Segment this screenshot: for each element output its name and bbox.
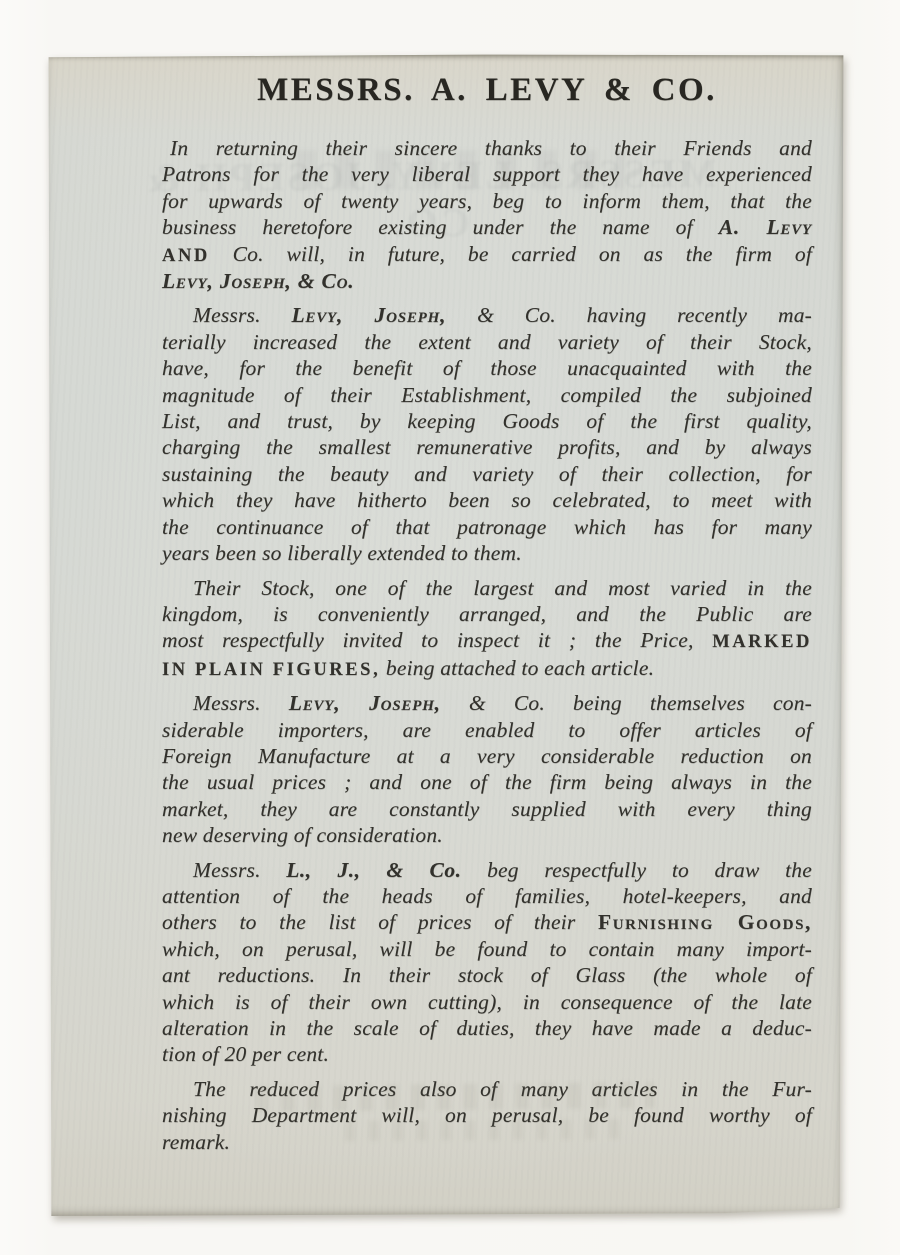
text-line: years been so liberally extended to them… xyxy=(162,540,812,566)
paragraph: Their Stock, one of the largest and most… xyxy=(162,575,812,683)
text-line: List, and trust, by keeping Goods of the… xyxy=(162,408,812,434)
printed-content: MESSRS. A. LEVY & CO. In returning their… xyxy=(162,54,812,1155)
text-line: market, they are constantly supplied wit… xyxy=(162,796,812,822)
text-line: business heretofore existing under the n… xyxy=(162,214,812,240)
text-segment: tion of 20 per cent. xyxy=(162,1042,329,1066)
paragraph: Messrs. L., J., & Co. beg respectfully t… xyxy=(162,857,812,1068)
text-segment: The reduced prices also of many articles… xyxy=(193,1077,812,1101)
text-segment: business heretofore existing under the n… xyxy=(162,215,719,239)
text-line: which, on perusal, will be found to cont… xyxy=(162,936,812,962)
text-segment: attention of the heads of families, hote… xyxy=(162,884,812,908)
text-segment: Foreign Manufacture at a very considerab… xyxy=(162,744,812,768)
text-segment: Messrs. xyxy=(193,858,286,882)
text-line: AND Co. will, in future, be carried on a… xyxy=(162,241,812,268)
text-segment: nishing Department will, on perusal, be … xyxy=(162,1103,812,1127)
text-line: Patrons for the very liberal support the… xyxy=(162,161,812,187)
text-line: terially increased the extent and variet… xyxy=(162,329,812,355)
text-segment: have, for the benefit of those unacquain… xyxy=(162,356,812,380)
text-segment: Patrons for the very liberal support the… xyxy=(162,162,812,186)
text-line: nishing Department will, on perusal, be … xyxy=(162,1102,812,1128)
text-line: Messrs. Levy, Joseph, & Co. being themse… xyxy=(162,690,812,716)
text-line: Messrs. Levy, Joseph, & Co. having recen… xyxy=(162,302,812,328)
text-segment: which, on perusal, will be found to cont… xyxy=(162,937,812,961)
text-line: The reduced prices also of many articles… xyxy=(162,1076,812,1102)
document-body: In returning their sincere thanks to the… xyxy=(162,135,812,1155)
text-segment: Levy, Joseph, xyxy=(289,691,441,715)
text-line: charging the smallest remunerative profi… xyxy=(162,434,812,460)
text-line: sustaining the beauty and variety of the… xyxy=(162,461,812,487)
text-line: which they have hitherto been so celebra… xyxy=(162,487,812,513)
text-line: IN PLAIN FIGURES, being attached to each… xyxy=(162,655,812,682)
text-segment: kingdom, is conveniently arranged, and t… xyxy=(162,602,812,626)
text-line: magnitude of their Establishment, compil… xyxy=(162,382,812,408)
text-line: the continuance of that patronage which … xyxy=(162,514,812,540)
text-line: In returning their sincere thanks to the… xyxy=(162,135,812,161)
text-segment: ant reductions. In their stock of Glass … xyxy=(162,963,812,987)
text-segment: alteration in the scale of duties, they … xyxy=(162,1016,812,1040)
text-segment: others to the list of prices of their xyxy=(162,910,598,934)
text-segment: years been so liberally extended to them… xyxy=(162,541,522,565)
text-line: siderable importers, are enabled to offe… xyxy=(162,717,812,743)
text-segment: which is of their own cutting), in conse… xyxy=(162,990,812,1014)
text-line: Messrs. L., J., & Co. beg respectfully t… xyxy=(162,857,812,883)
paragraph: Messrs. Levy, Joseph, & Co. having recen… xyxy=(162,302,812,566)
text-segment: & Co. having recently ma- xyxy=(446,303,812,327)
text-segment: Messrs. xyxy=(193,303,291,327)
text-segment: for upwards of twenty years, beg to info… xyxy=(162,189,812,213)
text-line: ant reductions. In their stock of Glass … xyxy=(162,962,812,988)
text-segment: most respectfully invited to inspect it … xyxy=(162,628,712,652)
text-segment: MARKED xyxy=(712,631,812,651)
text-segment: beg respectfully to draw the xyxy=(462,858,812,882)
text-segment: Furnishing Goods, xyxy=(598,910,812,934)
text-segment: market, they are constantly supplied wit… xyxy=(162,797,812,821)
paper-sheet: MESSRS. LEVY, JOSEPH & CO. MESSRS. A. LE… xyxy=(45,54,844,1216)
text-line: others to the list of prices of their Fu… xyxy=(162,909,812,935)
text-line: tion of 20 per cent. xyxy=(162,1041,812,1067)
text-segment: sustaining the beauty and variety of the… xyxy=(162,462,812,486)
text-line: most respectfully invited to inspect it … xyxy=(162,627,812,654)
text-line: kingdom, is conveniently arranged, and t… xyxy=(162,601,812,627)
text-segment: magnitude of their Establishment, compil… xyxy=(162,383,812,407)
paragraph: The reduced prices also of many articles… xyxy=(162,1076,812,1155)
text-segment: Messrs. xyxy=(193,691,289,715)
text-line: Their Stock, one of the largest and most… xyxy=(162,575,812,601)
scan-background: MESSRS. LEVY, JOSEPH & CO. MESSRS. A. LE… xyxy=(0,0,900,1255)
text-segment: A. Levy xyxy=(719,215,812,239)
paragraph: Messrs. Levy, Joseph, & Co. being themse… xyxy=(162,690,812,848)
text-segment: terially increased the extent and variet… xyxy=(162,330,812,354)
text-segment: which they have hitherto been so celebra… xyxy=(162,488,812,512)
paper-shadow-wrap: MESSRS. LEVY, JOSEPH & CO. MESSRS. A. LE… xyxy=(0,0,900,1255)
text-segment: L., J., & Co. xyxy=(286,858,461,882)
text-segment: Co. will, in future, be carried on as th… xyxy=(210,242,812,266)
text-segment: the continuance of that patronage which … xyxy=(162,515,812,539)
text-line: the usual prices ; and one of the firm b… xyxy=(162,769,812,795)
text-segment: the usual prices ; and one of the firm b… xyxy=(162,770,812,794)
text-segment: Levy, Joseph, xyxy=(291,303,446,327)
text-segment: new deserving of consideration. xyxy=(162,823,443,847)
text-line: for upwards of twenty years, beg to info… xyxy=(162,188,812,214)
paragraph: In returning their sincere thanks to the… xyxy=(162,135,812,294)
text-line: have, for the benefit of those unacquain… xyxy=(162,355,812,381)
text-line: remark. xyxy=(162,1129,812,1155)
text-segment: Levy, Joseph, & Co. xyxy=(162,269,354,293)
text-line: alteration in the scale of duties, they … xyxy=(162,1015,812,1041)
text-segment: siderable importers, are enabled to offe… xyxy=(162,718,812,742)
text-segment: charging the smallest remunerative profi… xyxy=(162,435,812,459)
text-segment: AND xyxy=(162,245,210,265)
text-segment: Their Stock, one of the largest and most… xyxy=(193,576,812,600)
text-segment: being attached to each article. xyxy=(380,656,654,680)
text-segment: List, and trust, by keeping Goods of the… xyxy=(162,409,812,433)
text-line: attention of the heads of families, hote… xyxy=(162,883,812,909)
text-line: Foreign Manufacture at a very considerab… xyxy=(162,743,812,769)
text-segment: IN PLAIN FIGURES, xyxy=(162,659,380,679)
text-segment: remark. xyxy=(162,1130,230,1154)
text-segment: & Co. being themselves con- xyxy=(441,691,812,715)
text-line: which is of their own cutting), in conse… xyxy=(162,989,812,1015)
text-line: Levy, Joseph, & Co. xyxy=(162,268,812,294)
text-line: new deserving of consideration. xyxy=(162,822,812,848)
document-title: MESSRS. A. LEVY & CO. xyxy=(162,68,812,112)
text-segment: In returning their sincere thanks to the… xyxy=(170,136,812,160)
